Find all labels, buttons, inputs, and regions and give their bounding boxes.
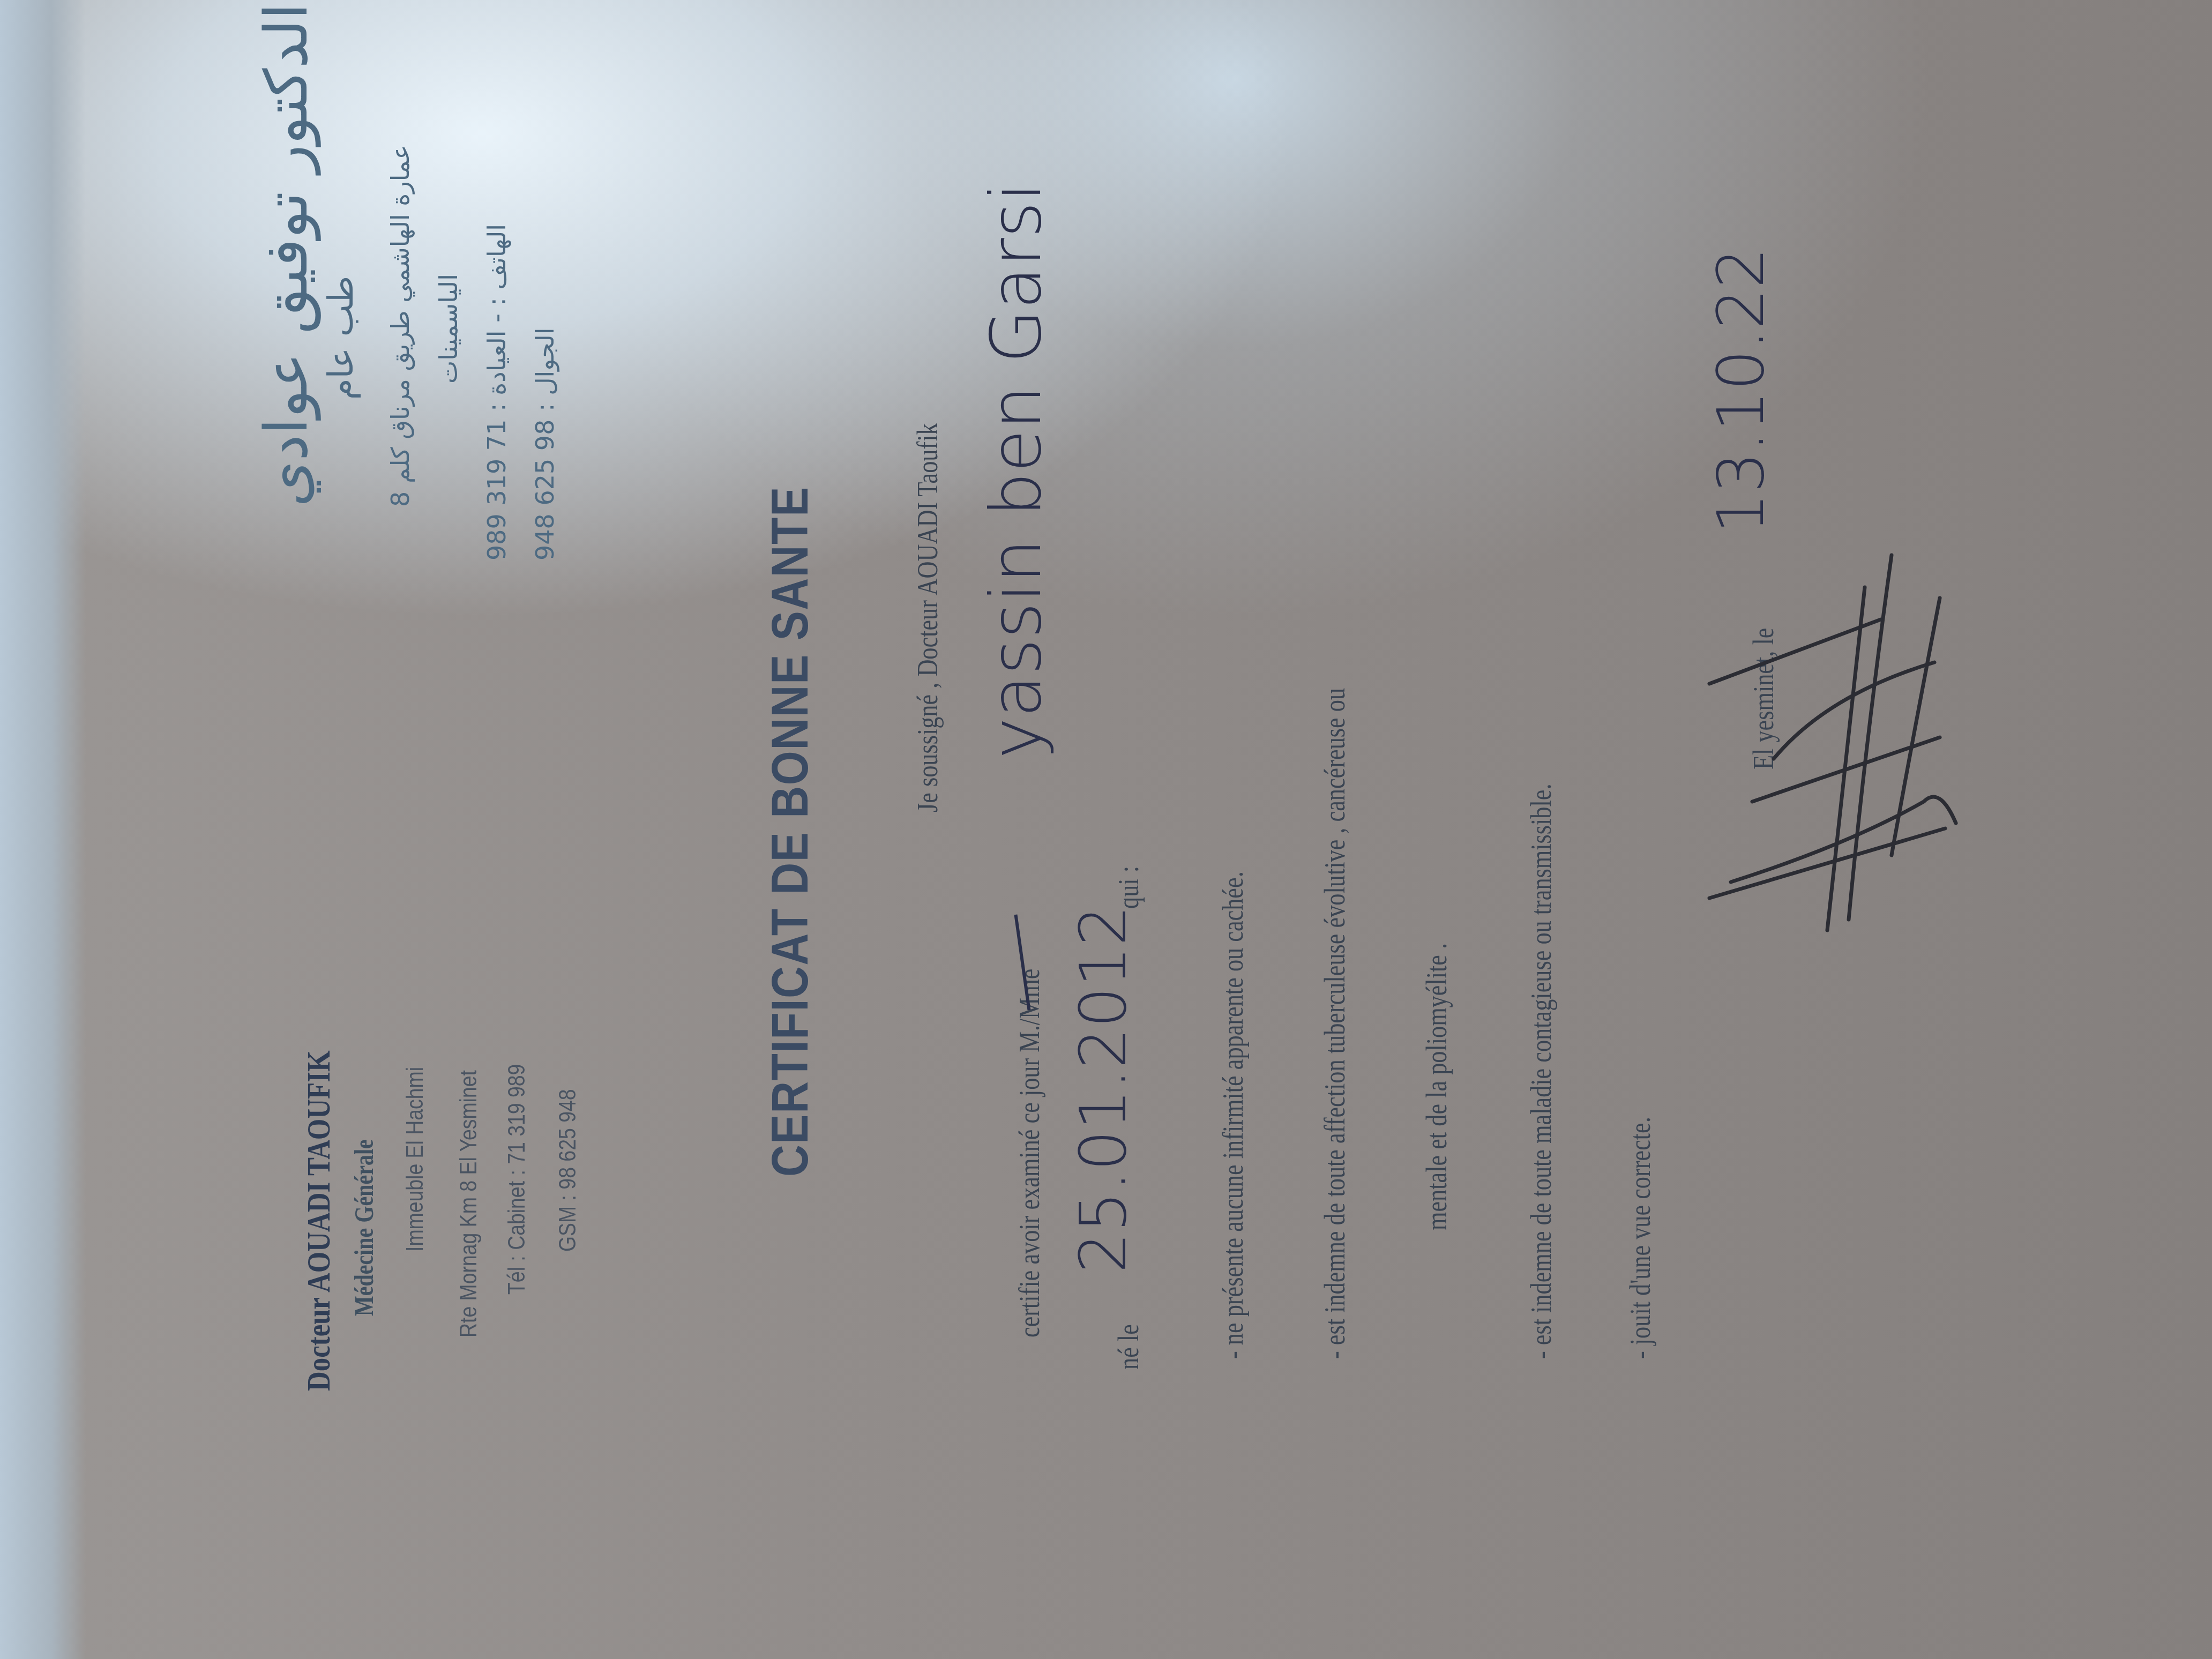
signature-icon xyxy=(1688,480,1967,962)
gsm-number: GSM : 98 625 948 xyxy=(555,1089,581,1252)
address-line-2-arabic: الياسمينات xyxy=(434,274,463,384)
examined-line: certifie avoir examiné ce jour M./Mme xyxy=(1013,968,1046,1337)
gsm-number-arabic: الجوال : 98 625 948 xyxy=(530,327,559,561)
condition-item: - est indemne de toute affection tubercu… xyxy=(1318,688,1351,1359)
phone-cabinet-arabic: الهاتف : - العيادة : 71 319 989 xyxy=(482,224,511,561)
certificate-title: CERTIFICAT DE BONNE SANTE xyxy=(761,486,820,1177)
condition-item: - ne présente aucune infirmité apparente… xyxy=(1216,871,1250,1359)
condition-item: - jouit d'une vue correcte. xyxy=(1624,1117,1657,1359)
doctor-name-arabic: الدكتور توفيق عوادي xyxy=(252,3,320,507)
address-line-1: Immeuble El Hachmi xyxy=(402,1067,429,1252)
address-line-1-arabic: عمارة الهاشمي طريق مرناق كلم 8 xyxy=(386,145,415,507)
intro-line: Je soussigné , Docteur AOUADI Taoufik xyxy=(911,423,944,812)
patient-name-handwritten: yassin ben Garsi xyxy=(975,182,1057,759)
born-suffix: qui : xyxy=(1112,866,1145,909)
doctor-name: Docteur AOUADI TAOUFIK xyxy=(300,1051,338,1392)
address-line-2: Rte Mornag Km 8 El Yesminet xyxy=(455,1070,482,1337)
doctor-specialty-arabic: طب عام xyxy=(322,276,361,400)
phone-cabinet: Tél : Cabinet : 71 319 989 xyxy=(504,1064,530,1295)
birth-date-handwritten: 25.01.2012 xyxy=(1066,905,1141,1273)
certificate-page: Docteur AOUADI TAOUFIK Médecine Générale… xyxy=(0,0,2212,1659)
condition-item: mentale et de la poliomyélite . xyxy=(1420,943,1453,1230)
doctor-specialty: Médecine Générale xyxy=(348,1139,379,1316)
condition-item: - est indemne de toute maladie contagieu… xyxy=(1525,784,1558,1359)
born-prefix: né le xyxy=(1112,1324,1145,1370)
